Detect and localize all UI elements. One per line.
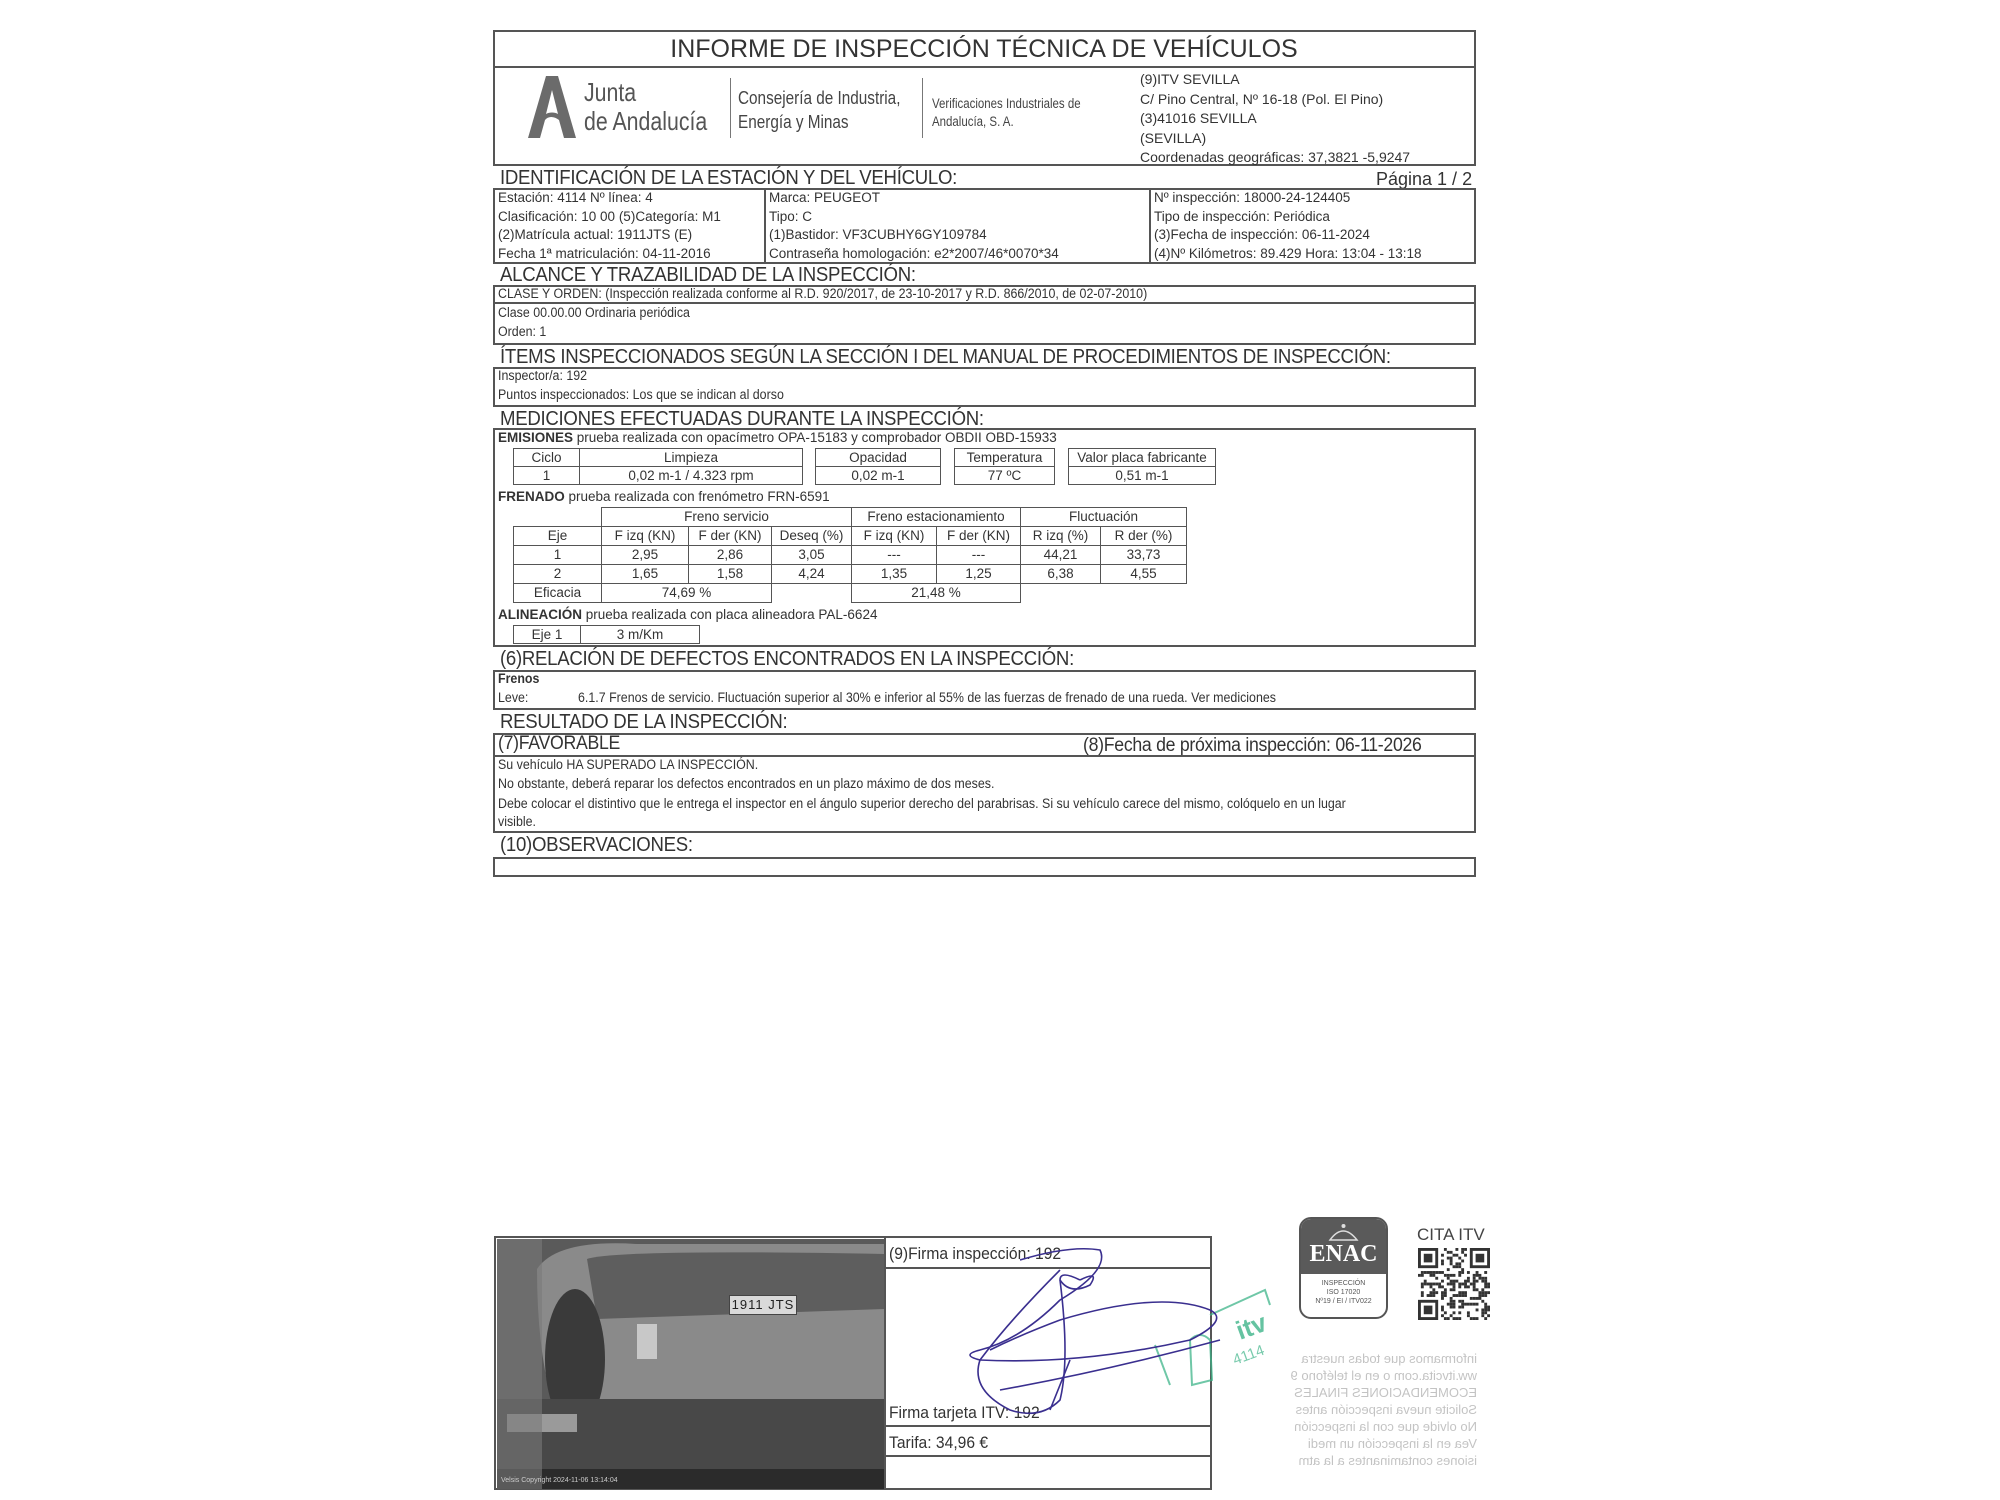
puntos-text: Puntos inspeccionados: Los que se indica… (498, 387, 784, 402)
braking-efficacy-parking: 21,48 % (851, 583, 1021, 603)
scope-title: ALCANCE Y TRAZABILIDAD DE LA INSPECCIÓN: (500, 264, 916, 287)
document-title: INFORME DE INSPECCIÓN TÉCNICA DE VEHÍCUL… (493, 31, 1475, 67)
braking-label: FRENADO (498, 489, 565, 504)
enac-name: ENAC (1301, 1241, 1386, 1268)
braking-header: Deseq (%) (771, 526, 852, 546)
observations-title: (10)OBSERVACIONES: (500, 834, 693, 857)
braking-cell: 4,24 (771, 564, 852, 584)
enac-line-3: Nº19 / EI / ITV022 (1301, 1297, 1386, 1306)
braking-cell: 1,35 (851, 564, 937, 584)
tarifa: Tarifa: 34,96 € (889, 1433, 988, 1453)
inspection-number-line: Nº inspección: 18000-24-124405 (1154, 189, 1422, 208)
alignment-heading: ALINEACIÓN prueba realizada con placa al… (498, 607, 877, 622)
emissions-heading: EMISIONES prueba realizada con opacímetr… (498, 430, 1057, 445)
braking-cell: 1 (513, 545, 602, 565)
footer-divider-v (884, 1236, 886, 1490)
bleed-line: Vea en la inspección un medi (1277, 1435, 1477, 1452)
emissions-header-ciclo: Ciclo (513, 448, 580, 467)
enac-details: INSPECCIÓN ISO 17020 Nº19 / EI / ITV022 (1301, 1279, 1386, 1306)
emissions-header-temperatura: Temperatura (954, 448, 1055, 467)
emissions-header-placa: Valor placa fabricante (1068, 448, 1216, 467)
homologation-line: Contraseña homologación: e2*2007/46*0070… (769, 245, 1059, 264)
station-address: (9)ITV SEVILLA C/ Pino Central, Nº 16-18… (1140, 70, 1410, 168)
braking-cell: 33,73 (1100, 545, 1187, 565)
cita-itv-label: CITA ITV (1417, 1225, 1485, 1245)
enac-badge: ENAC INSPECCIÓN ISO 17020 Nº19 / EI / IT… (1299, 1217, 1388, 1319)
id-col-divider-1 (764, 188, 766, 264)
emissions-value-placa: 0,51 m-1 (1068, 466, 1216, 485)
photo-caption: Velsis Copyright 2024-11-06 13:14:04 (501, 1477, 618, 1484)
station-city: (3)41016 SEVILLA (1140, 109, 1410, 129)
plate-line: (2)Matrícula actual: 1911JTS (E) (498, 226, 721, 245)
id-column-1: Estación: 4114 Nº línea: 4 Clasificación… (498, 189, 721, 263)
observations-box (493, 857, 1476, 877)
braking-cell: 2,95 (601, 545, 689, 565)
bleed-line: No olvide que con la inspección (1277, 1418, 1477, 1435)
kilometers-line: (4)Nº Kilómetros: 89.429 Hora: 13:04 - 1… (1154, 245, 1422, 264)
defect-group: Frenos (498, 671, 539, 686)
result-line-1: Su vehículo HA SUPERADO LA INSPECCIÓN. (498, 757, 758, 772)
result-line-2: No obstante, deberá reparar los defectos… (498, 776, 994, 791)
emissions-desc: prueba realizada con opacímetro OPA-1518… (573, 430, 1057, 445)
vehicle-photo: 1911 JTS Velsis Copyright 2024-11-06 13:… (497, 1239, 884, 1489)
consejeria-name: Consejería de Industria, Energía y Minas (738, 86, 900, 134)
clase-orden-text: CLASE Y ORDEN: (Inspección realizada con… (498, 286, 1147, 301)
qr-code-icon[interactable] (1418, 1248, 1490, 1320)
braking-header: F der (KN) (936, 526, 1021, 546)
braking-header: F izq (KN) (851, 526, 937, 546)
emissions-value-limpieza: 0,02 m-1 / 4.323 rpm (579, 466, 803, 485)
page-number: Página 1 / 2 (1376, 169, 1472, 190)
next-inspection-date: (8)Fecha de próxima inspección: 06-11-20… (1083, 735, 1422, 757)
result-verdict: (7)FAVORABLE (498, 733, 620, 755)
svg-text:itv: itv (1232, 1307, 1271, 1346)
emissions-value-ciclo: 1 (513, 466, 580, 485)
braking-cell: 1,65 (601, 564, 689, 584)
braking-cell: 3,05 (771, 545, 852, 565)
id-column-2: Marca: PEUGEOT Tipo: C (1)Bastidor: VF3C… (769, 189, 1059, 263)
braking-heading: FRENADO prueba realizada con frenómetro … (498, 489, 830, 504)
reverse-side-bleed-through: informamos que todas nuestraww.itvcita.c… (1277, 1350, 1477, 1470)
alignment-desc: prueba realizada con placa alineadora PA… (582, 607, 877, 622)
emissions-header-opacidad: Opacidad (815, 448, 941, 467)
bleed-line: ww.itvcita.com o en el teléfono 9 (1277, 1367, 1477, 1384)
bleed-line: ECOMENDACIONES FINALES (1277, 1384, 1477, 1401)
bleed-line: Solicite nueva inspección antes (1277, 1401, 1477, 1418)
braking-efficacy-service: 74,69 % (601, 583, 772, 603)
company-line2: Andalucía, S. A. (932, 113, 1081, 131)
clase-text: Clase 00.00.00 Ordinaria periódica (498, 305, 690, 320)
defects-title: (6)RELACIÓN DE DEFECTOS ENCONTRADOS EN L… (500, 648, 1074, 671)
junta-andalucia-name: Junta de Andalucía (584, 78, 707, 136)
junta-line2: de Andalucía (584, 107, 707, 136)
braking-cell: 4,55 (1100, 564, 1187, 584)
defect-severity: Leve: (498, 690, 528, 705)
inspection-date-line: (3)Fecha de inspección: 06-11-2024 (1154, 226, 1422, 245)
consejeria-line1: Consejería de Industria, (738, 86, 900, 110)
company-name: Verificaciones Industriales de Andalucía… (932, 95, 1081, 131)
defect-text: 6.1.7 Frenos de servicio. Fluctuación su… (578, 690, 1276, 705)
company-line1: Verificaciones Industriales de (932, 95, 1081, 113)
station-name: (9)ITV SEVILLA (1140, 70, 1410, 90)
braking-cell: 6,38 (1020, 564, 1101, 584)
station-coords: Coordenadas geográficas: 37,3821 -5,9247 (1140, 148, 1410, 168)
braking-cell: 2,86 (688, 545, 772, 565)
id-col-divider-2 (1149, 188, 1151, 264)
crown-icon (1327, 1222, 1360, 1242)
brand-line: Marca: PEUGEOT (769, 189, 1059, 208)
braking-header: R izq (%) (1020, 526, 1101, 546)
classification-line: Clasificación: 10 00 (5)Categoría: M1 (498, 208, 721, 227)
braking-cell: 1,25 (936, 564, 1021, 584)
braking-group-fluctuation: Fluctuación (1020, 507, 1187, 527)
logo-divider-1 (730, 78, 731, 138)
alignment-value: 3 m/Km (580, 625, 700, 644)
bleed-line: isiones contaminantes a la atm (1277, 1452, 1477, 1469)
inspection-type-line: Tipo de inspección: Periódica (1154, 208, 1422, 227)
vin-line: (1)Bastidor: VF3CUBHY6GY109784 (769, 226, 1059, 245)
emissions-value-opacidad: 0,02 m-1 (815, 466, 941, 485)
braking-header: F der (KN) (688, 526, 772, 546)
braking-cell: 44,21 (1020, 545, 1101, 565)
station-line: Estación: 4114 Nº línea: 4 (498, 189, 721, 208)
braking-desc: prueba realizada con frenómetro FRN-6591 (565, 489, 830, 504)
result-line-4: visible. (498, 814, 536, 829)
bleed-line: informamos que todas nuestra (1277, 1350, 1477, 1367)
braking-group-service: Freno servicio (601, 507, 852, 527)
braking-cell: 2 (513, 564, 602, 584)
enac-line-1: INSPECCIÓN (1301, 1279, 1386, 1288)
enac-line-2: ISO 17020 (1301, 1288, 1386, 1297)
braking-header: F izq (KN) (601, 526, 689, 546)
alignment-axle: Eje 1 (513, 625, 581, 644)
station-street: C/ Pino Central, Nº 16-18 (Pol. El Pino) (1140, 90, 1410, 110)
first-registration-line: Fecha 1ª matriculación: 04-11-2016 (498, 245, 721, 264)
items-title: ÍTEMS INSPECCIONADOS SEGÚN LA SECCIÓN I … (500, 346, 1391, 369)
footer-divider-3 (884, 1455, 1212, 1457)
emissions-label: EMISIONES (498, 430, 573, 445)
station-province: (SEVILLA) (1140, 129, 1410, 149)
inspector-text: Inspector/a: 192 (498, 368, 587, 383)
vehicle-rear-illustration-icon (497, 1239, 884, 1489)
id-column-3: Nº inspección: 18000-24-124405 Tipo de i… (1154, 189, 1422, 263)
braking-cell: --- (936, 545, 1021, 565)
braking-group-parking: Freno estacionamiento (851, 507, 1021, 527)
photo-plate: 1911 JTS (729, 1295, 797, 1315)
braking-efficacy-label: Eficacia (513, 583, 602, 603)
emissions-header-limpieza: Limpieza (579, 448, 803, 467)
braking-cell: 1,58 (688, 564, 772, 584)
type-line: Tipo: C (769, 208, 1059, 227)
result-line-3: Debe colocar el distintivo que le entreg… (498, 796, 1346, 811)
enac-header: ENAC (1301, 1219, 1386, 1274)
scope-divider (493, 302, 1476, 304)
result-title: RESULTADO DE LA INSPECCIÓN: (500, 711, 787, 734)
identification-title: IDENTIFICACIÓN DE LA ESTACIÓN Y DEL VEHÍ… (500, 167, 957, 190)
braking-header: R der (%) (1100, 526, 1187, 546)
braking-cell: --- (851, 545, 937, 565)
inspector-signature (960, 1240, 1230, 1430)
junta-andalucia-logo-icon (528, 76, 576, 138)
logo-divider-2 (922, 78, 923, 138)
junta-line1: Junta (584, 78, 707, 107)
orden-text: Orden: 1 (498, 324, 546, 339)
svg-text:4114: 4114 (1231, 1342, 1267, 1369)
emissions-value-temperatura: 77 ºC (954, 466, 1055, 485)
braking-header: Eje (513, 526, 602, 546)
consejeria-line2: Energía y Minas (738, 110, 900, 134)
alignment-label: ALINEACIÓN (498, 607, 582, 622)
